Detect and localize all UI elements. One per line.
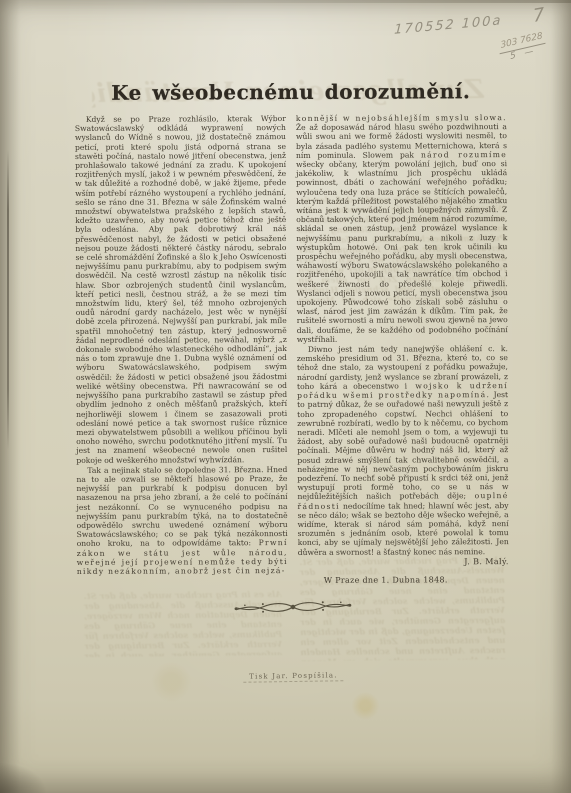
printer-imprint: Tisk Jar. Pospíšila.: [243, 671, 344, 682]
paragraph: Tak a nejinak stalo se dopoledne 31. Bře…: [76, 465, 287, 576]
emphasized-text: národ rozumíme: [421, 150, 507, 159]
paragraph: Když se po Praze rozhlásilo, kterak Wýbo…: [75, 114, 288, 465]
paragraph-text: Jest to patrný důkaz, že se ouřadowé naš…: [297, 390, 508, 501]
dateline: W Praze dne 1. Dubna 1848.: [324, 575, 509, 585]
scanned-document-page: Zur allgemeinen Verständigung. Als es in…: [0, 0, 571, 793]
paper-top-edge-shadow: [140, 0, 571, 3]
printer-imprint-row: Tisk Jar. Pospíšila.: [77, 662, 509, 683]
pencil-inventory-number: 170552 100a: [394, 13, 503, 38]
author-signature: J. B. Malý.: [298, 557, 509, 567]
pencil-corner-number: 7: [532, 4, 545, 27]
two-column-body: Když se po Praze rozhlásilo, kterak Wýbo…: [75, 113, 509, 586]
right-column: konnější w nejobsáhlejším smyslu slowa. …: [296, 113, 509, 585]
paragraph: konnější w nejobsáhlejším smyslu slowa. …: [296, 113, 508, 344]
paper-corner-shadow: [0, 763, 46, 793]
paper-left-edge-tear: [7, 150, 9, 450]
pencil-fraction-note: 303 7628 5 —: [498, 31, 547, 66]
paragraph-text: wšecky občany, kterým powolání jejich, b…: [296, 159, 508, 344]
fleuron-divider-icon: [231, 597, 356, 621]
document-title: Ke wšeobecnému dorozumění.: [75, 79, 507, 105]
paragraph: Diwno jest nám tedy nanejwýše ohlášení c…: [297, 344, 509, 557]
paragraph-text: Když se po Praze rozhlásilo, kterak Wýbo…: [75, 114, 287, 464]
printed-text-block: Ke wšeobecnému dorozumění. Když se po Pr…: [75, 79, 510, 683]
left-column: Když se po Praze rozhlásilo, kterak Wýbo…: [75, 114, 288, 586]
paragraph-text: Tak a nejinak stalo se dopoledne 31. Bře…: [76, 465, 287, 549]
